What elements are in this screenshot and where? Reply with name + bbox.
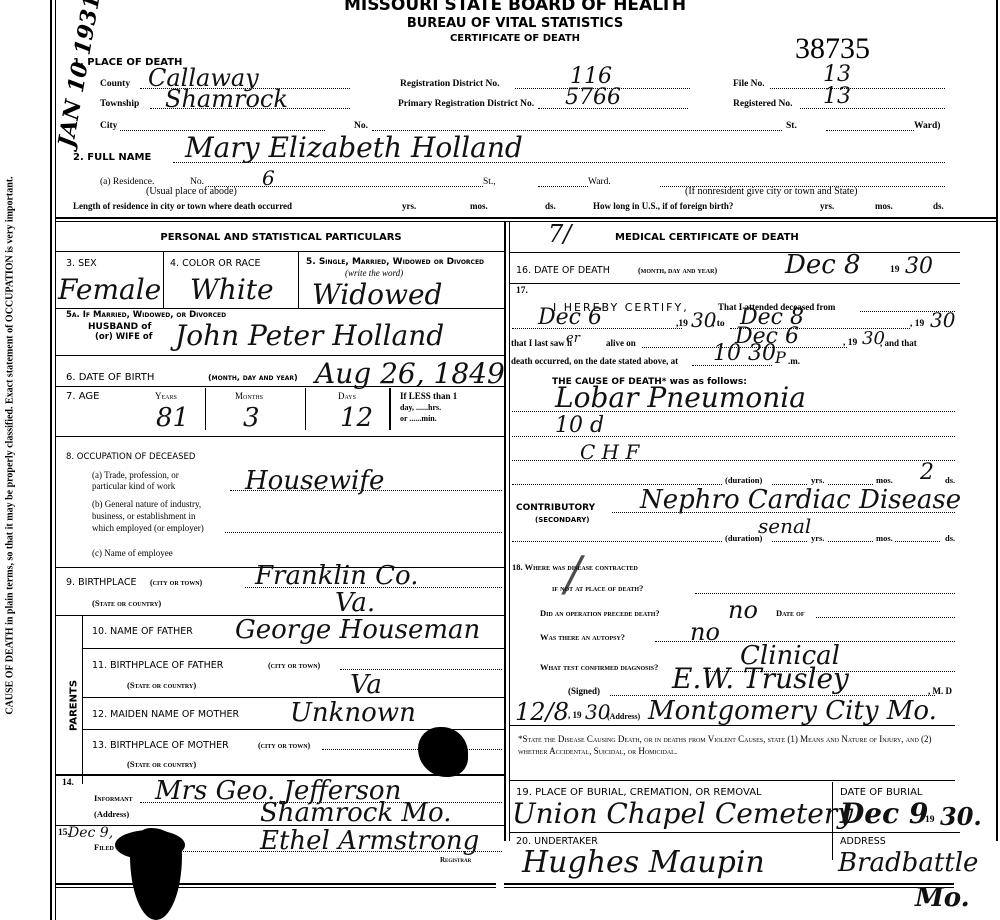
city-label: City [100,121,117,131]
dob-label: 6. DATE OF BIRTH [66,372,154,383]
occupation-value: Housewife [245,468,384,494]
township-value: Shamrock [165,87,288,111]
received-date-stamp: JAN 10 1931 [53,0,105,149]
reviewer-mark: 7/ [548,222,571,246]
duration-value: 2 [920,462,934,484]
side-instruction-note: CAUSE OF DEATH in plain terms, so that i… [5,0,16,896]
father-label: 10. NAME OF FATHER [92,626,193,637]
autopsy-label: Was there an autopsy? [540,632,625,642]
contributory-line-2: senal [758,516,811,536]
registrar-label: Registrar [440,856,471,864]
document-title: MISSOURI STATE BOARD OF HEALTH [300,0,730,15]
cause-value: Lobar Pneumonia [555,384,806,412]
primary-registration-label: Primary Registration District No. [398,99,534,109]
form-name: CERTIFICATE OF DEATH [380,33,650,44]
undertaker-address-value: Bradbattle [838,850,978,876]
contributory-label: CONTRIBUTORY [516,503,595,513]
city-st-label: St. [786,121,797,131]
occupation-label: 8. OCCUPATION OF DECEASED [66,452,195,462]
full-name-value: Mary Elizabeth Holland [185,134,523,162]
birthplace-state-value: Va. [335,590,375,616]
age-label: 7. AGE [66,391,99,402]
informant-address-label: (Address) [94,809,129,819]
burial-date-year: 30. [940,805,982,829]
personal-section-title: PERSONAL AND STATISTICAL PARTICULARS [58,232,504,243]
margin-rule-inner [55,0,56,920]
contributory-value: Nephro Cardiac Disease [640,487,961,513]
autopsy-value: no [690,620,720,644]
residence-st-label: St., [483,177,496,187]
certificate-number: 38735 [795,32,870,66]
mother-birthplace-label: 13. BIRTHPLACE OF MOTHER [92,740,229,751]
city-no-label: No. [354,121,368,131]
age-months-value: 3 [243,405,260,431]
registration-district-label: Registration District No. [400,79,499,89]
ink-blot [418,727,468,777]
test-label: What test confirmed diagnosis? [540,662,658,672]
filed-date: Dec 9, [68,826,113,840]
marital-label: 5. Single, Married, Widowed or Divorced [306,257,484,267]
time-of-death-ampm: P [775,350,786,366]
burial-date-value: Dec 9 [840,800,928,828]
operation-value: no [728,598,758,622]
cause-line-2: 10 d [555,415,604,437]
informant-address-value: Shamrock Mo. [260,800,451,826]
margin-rule [50,0,52,920]
marital-hint: (write the word) [345,268,403,278]
document-subtitle: BUREAU OF VITAL STATISTICS [330,16,700,31]
township-label: Township [100,99,139,109]
usual-place-hint: (Usual place of abode) [146,186,237,197]
length-residence-label: Length of residence in city or town wher… [73,201,292,211]
father-birthplace-label: 11. BIRTHPLACE OF FATHER [92,660,223,671]
father-state-value: Va [350,672,382,698]
sex-value: Female [58,276,161,304]
cause-footnote: *State the Disease Causing Death, or in … [518,733,958,757]
race-value: White [190,276,274,304]
birthplace-value: Franklin Co. [255,563,418,589]
column-divider [504,221,506,841]
informant-number: 14. [62,778,74,788]
race-label: 4. COLOR OR RACE [170,258,261,269]
nonresident-hint: (If nonresident give city or town and St… [685,186,857,197]
age-days-value: 12 [340,405,373,431]
dod-label: 16. DATE OF DEATH [516,265,610,276]
burial-place-value: Union Chapel Cemetery [512,800,853,828]
signed-date: 12/8 [515,700,569,724]
registrar-value: Ethel Armstrong [260,828,479,854]
parents-side-label: PARENTS [69,666,80,746]
dod-value: Dec 8 [785,252,861,278]
undertaker-address-line-2: Mo. [915,885,970,911]
how-long-us-label: How long in U.S., if of foreign birth? [593,201,733,211]
mother-value: Unknown [290,700,416,726]
undertaker-address-label: ADDRESS [840,836,886,847]
signed-value: E.W. Trusley [672,665,849,693]
attended-to-year: 30 [930,310,955,330]
primary-registration-value: 5766 [565,87,621,109]
age-years-value: 81 [156,405,189,431]
residence-ward-label: Ward. [588,177,611,187]
filed-label: Filed [94,842,114,852]
father-value: George Houseman [235,617,480,643]
operation-label: Did an operation precede death? [540,608,660,618]
mother-label: 12. MAIDEN NAME OF MOTHER [92,709,239,720]
scribble-mark: / [565,550,581,598]
registered-no-label: Registered No. [733,99,792,109]
marital-value: Widowed [312,281,442,309]
full-name-label: 2. FULL NAME [73,152,151,163]
medical-section-title: MEDICAL CERTIFICATE OF DEATH [615,232,799,243]
right-border [996,0,998,230]
dob-value: Aug 26, 1849 [315,360,505,388]
residence-no-value: 6 [262,168,275,188]
attended-from-value: Dec 6 [538,307,602,329]
sex-label: 3. SEX [66,258,97,269]
dod-year: 30 [905,256,933,278]
informant-label: Informant [94,793,133,803]
file-no-value: 13 [823,64,851,86]
file-no-label: File No. [733,79,765,89]
registered-no-value: 13 [823,86,851,108]
physician-address-value: Montgomery City Mo. [648,698,937,724]
birthplace-label: 9. BIRTHPLACE [66,577,136,588]
city-ward-label: Ward) [914,121,940,131]
county-label: County [100,79,130,89]
spouse-value: John Peter Holland [175,322,444,350]
undertaker-value: Hughes Maupin [522,848,765,878]
last-saw-pronoun: er [566,332,580,345]
cause-line-3: C H F [580,442,639,462]
time-of-death-value: 10 30 [713,343,776,365]
